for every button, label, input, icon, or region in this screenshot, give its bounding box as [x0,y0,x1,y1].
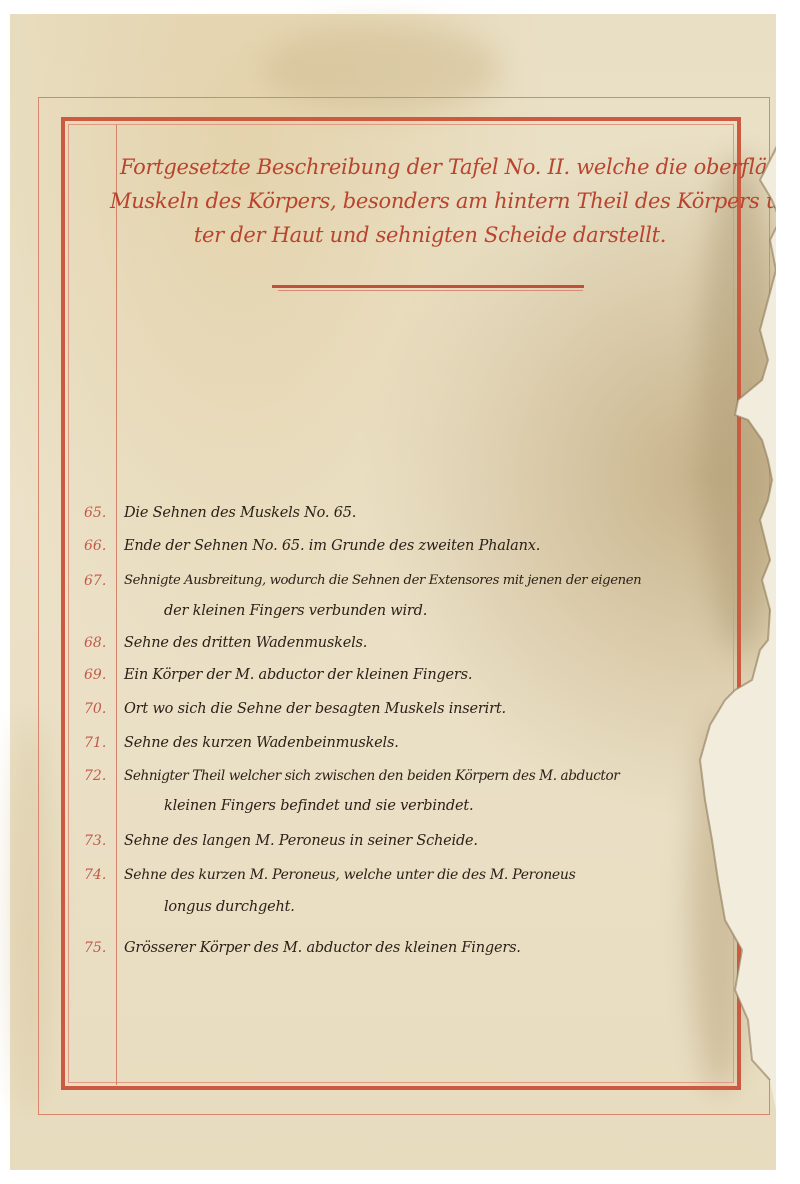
entry-number: 68. [84,635,114,651]
entry-text-continued: kleinen Fingers befindet und sie verbind… [164,798,473,814]
title-line-1: Fortgesetzte Beschreibung der Tafel No. … [110,150,750,184]
entry-number: 75. [84,940,114,956]
entry-number: 65. [84,505,114,521]
entry-text: Ein Körper der M. abductor der kleinen F… [124,667,472,683]
title-line-2: Muskeln des Körpers, besonders am hinter… [110,184,750,218]
page-title: Fortgesetzte Beschreibung der Tafel No. … [110,150,750,252]
entry-text: Die Sehnen des Muskels No. 65. [124,505,356,521]
entry-number: 67. [84,573,114,589]
entry-text: Sehnigter Theil welcher sich zwischen de… [124,768,619,784]
entry-number: 71. [84,735,114,751]
entry-text: Sehne des kurzen M. Peroneus, welche unt… [124,867,576,883]
entry-text: Sehne des dritten Wadenmuskels. [124,635,367,651]
entry-text-continued: longus durchgeht. [164,899,295,915]
entry-number: 70. [84,701,114,717]
title-underline-thin [278,290,583,291]
entry-text: Ort wo sich die Sehne der besagten Muske… [124,701,506,717]
entry-number: 72. [84,768,114,784]
entry-text: Sehne des langen M. Peroneus in seiner S… [124,833,478,849]
entry-number: 66. [84,538,114,554]
title-line-3: ter der Haut und sehnigten Scheide darst… [110,218,750,252]
entry-text: Ende der Sehnen No. 65. im Grunde des zw… [124,538,540,554]
entry-text: Grösserer Körper des M. abductor des kle… [124,940,521,956]
entry-number: 73. [84,833,114,849]
entry-number: 74. [84,867,114,883]
entry-number: 69. [84,667,114,683]
entry-text: Sehne des kurzen Wadenbeinmuskels. [124,735,399,751]
title-underline [272,285,584,288]
margin-rule [116,124,117,1085]
entry-text-continued: der kleinen Fingers verbunden wird. [164,603,427,619]
entry-text: Sehnigte Ausbreitung, wodurch die Sehnen… [124,573,641,588]
